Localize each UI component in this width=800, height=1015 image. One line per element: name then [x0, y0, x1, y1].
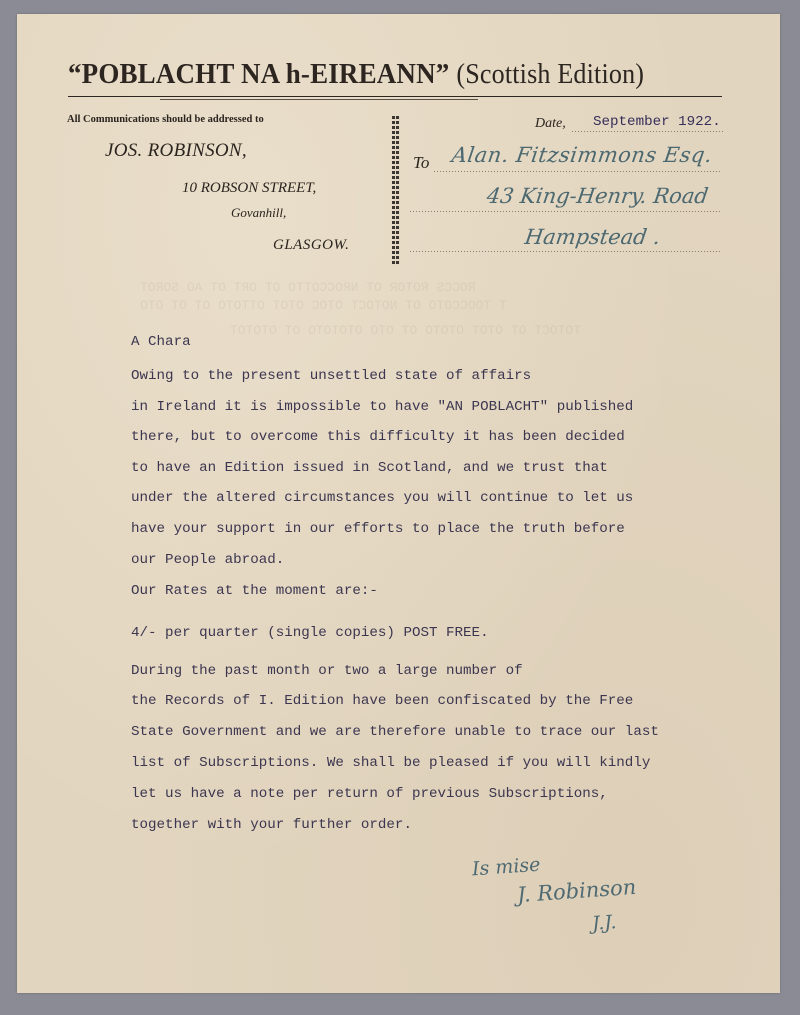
rates-line: 4/- per quarter (single copies) POST FRE… [131, 625, 489, 641]
letter-line: together with your further order. [131, 817, 412, 833]
recipient-dotted-line-2 [410, 211, 721, 212]
date-value: September 1922. [593, 114, 721, 130]
letter-line: let us have a note per return of previou… [131, 786, 608, 802]
letter-line: under the altered circumstances you will… [131, 490, 633, 506]
letter-line: list of Subscriptions. We shall be pleas… [131, 755, 650, 771]
address-label: All Communications should be addressed t… [67, 114, 264, 125]
date-dotted-line [572, 131, 725, 132]
letter-line: Owing to the present unsettled state of … [131, 368, 531, 384]
masthead-rule [68, 96, 722, 97]
recipient-name: Alan. Fitzsimmons Esq. [450, 143, 714, 167]
letter-line: to have an Edition issued in Scotland, a… [131, 460, 608, 476]
sender-street: 10 ROBSON STREET, [182, 180, 316, 197]
show-through-text: TOTOCT OT OTOT OTOTO OT OTO OTOTOTO OT O… [230, 323, 581, 338]
letter-line: our People abroad. [131, 552, 284, 568]
letter-line: in Ireland it is impossible to have "AN … [131, 399, 633, 415]
recipient-dotted-line-3 [410, 251, 721, 252]
edition-label: (Scottish Edition) [456, 59, 644, 90]
letter-line: State Government and we are therefore un… [131, 724, 659, 740]
contact-name: JOS. ROBINSON, [105, 140, 247, 162]
to-label: To [413, 153, 429, 173]
letterhead-title: “POBLACHT NA h-EIREANN” (Scottish Editio… [68, 58, 677, 91]
recipient-dotted-line-1 [434, 171, 721, 172]
date-label: Date, [535, 116, 566, 132]
show-through-text: T TOOCCOTO OT NOTOCT OTOC OTOT OTTOTO OT… [140, 298, 507, 313]
letter-line: the Records of I. Edition have been conf… [131, 693, 633, 709]
masthead-underline [160, 99, 478, 100]
recipient-area: Hampstead . [523, 225, 662, 249]
letter-line: have your support in our efforts to plac… [131, 521, 625, 537]
salutation: A Chara [131, 334, 191, 350]
letter-line: During the past month or two a large num… [131, 663, 523, 679]
letter-line: Our Rates at the moment are:- [131, 583, 378, 599]
dotted-divider [392, 116, 399, 264]
sender-district: Govanhill, [231, 205, 286, 221]
sender-city: GLASGOW. [273, 237, 349, 254]
show-through-text: ROCCS ROTOR OT NROCCOTTO OT ORT OT AO SO… [140, 280, 475, 295]
signature-initials: J.J. [591, 911, 617, 935]
letter-line: there, but to overcome this difficulty i… [131, 429, 625, 445]
recipient-street: 43 King-Henry. Road [485, 184, 709, 208]
newspaper-name: “POBLACHT NA h-EIREANN” [68, 58, 449, 90]
